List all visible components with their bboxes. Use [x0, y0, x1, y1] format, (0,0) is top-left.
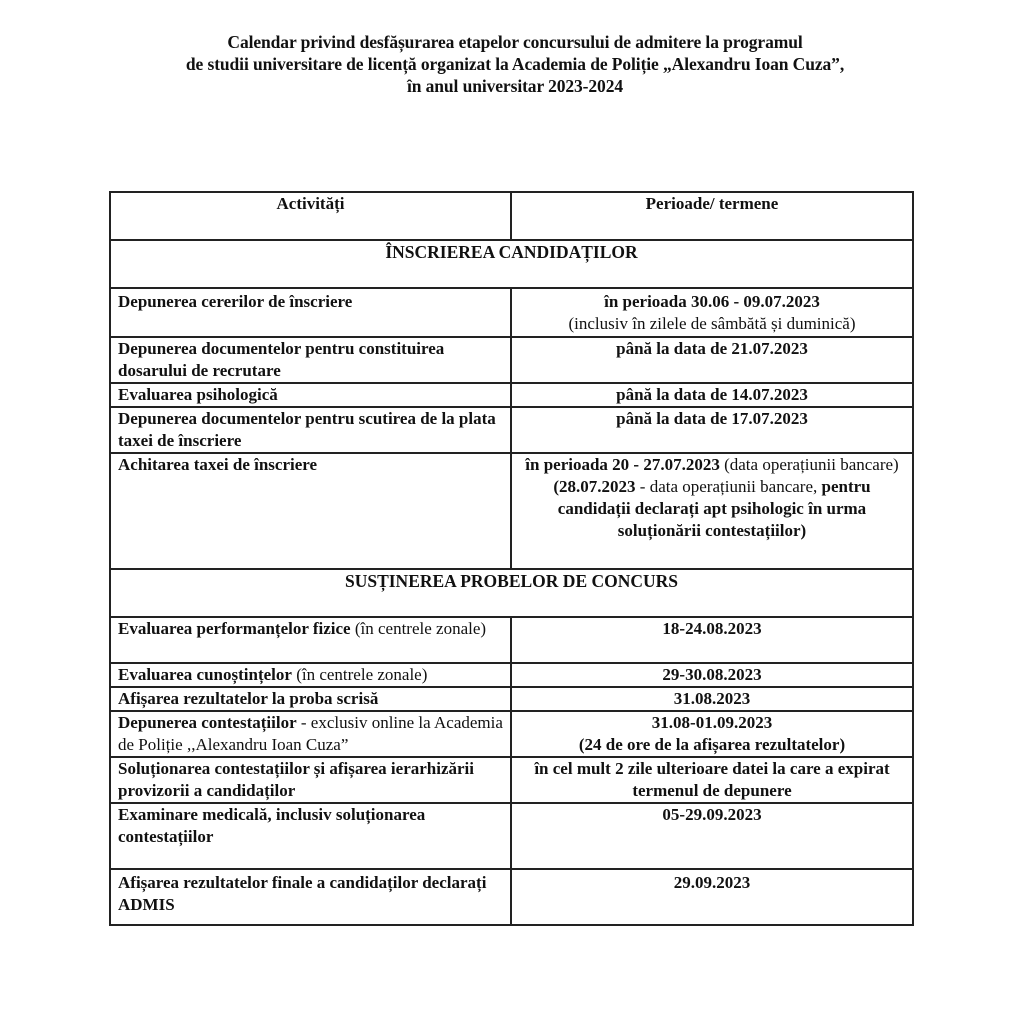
period-text: în perioada 30.06 - 09.07.2023	[519, 291, 905, 313]
period-cell: până la data de 17.07.2023	[511, 407, 913, 453]
table-row: Evaluarea performanțelor fizice (în cent…	[110, 617, 913, 663]
period-cell: 29-30.08.2023	[511, 663, 913, 687]
activity-cell: Depunerea documentelor pentru scutirea d…	[110, 407, 511, 453]
table-row: Evaluarea psihologică până la data de 14…	[110, 383, 913, 407]
period-text: 18-24.08.2023	[662, 619, 761, 638]
activity-cell: Evaluarea psihologică	[110, 383, 511, 407]
section-header-row: SUSȚINEREA PROBELOR DE CONCURS	[110, 569, 913, 617]
activity-text: Achitarea taxei de înscriere	[118, 455, 317, 474]
period-exception: (28.07.2023 - data operațiunii bancare, …	[519, 476, 905, 542]
activity-cell: Depunerea contestațiilor - exclusiv onli…	[110, 711, 511, 757]
table-row: Evaluarea cunoștințelor (în centrele zon…	[110, 663, 913, 687]
document-title: Calendar privind desfășurarea etapelor c…	[100, 31, 930, 97]
activity-note: (în centrele zonale)	[292, 665, 427, 684]
table-row: Afișarea rezultatelor la proba scrisă 31…	[110, 687, 913, 711]
activity-cell: Examinare medicală, inclusiv soluționare…	[110, 803, 511, 869]
activity-text: Evaluarea cunoștințelor	[118, 665, 292, 684]
activity-cell: Achitarea taxei de înscriere	[110, 453, 511, 569]
activity-text: Evaluarea performanțelor fizice	[118, 619, 351, 638]
section-title-inscriere: ÎNSCRIEREA CANDIDAȚILOR	[110, 240, 913, 288]
table-row: Depunerea documentelor pentru scutirea d…	[110, 407, 913, 453]
activity-text: Afișarea rezultatelor la proba scrisă	[118, 689, 378, 708]
period-text: 31.08.2023	[674, 689, 751, 708]
period-cell: în perioada 30.06 - 09.07.2023 (inclusiv…	[511, 288, 913, 337]
admission-calendar-table: Activități Perioade/ termene ÎNSCRIEREA …	[109, 191, 914, 926]
activity-text: Depunerea cererilor de înscriere	[118, 292, 352, 311]
title-line-3: în anul universitar 2023-2024	[100, 75, 930, 97]
table-header-row: Activități Perioade/ termene	[110, 192, 913, 240]
activity-text: Examinare medicală, inclusiv soluționare…	[118, 805, 425, 846]
activity-cell: Afișarea rezultatelor la proba scrisă	[110, 687, 511, 711]
period-text: până la data de 17.07.2023	[616, 409, 808, 428]
activity-text: Soluționarea contestațiilor și afișarea …	[118, 759, 474, 800]
section-title-probe: SUSȚINEREA PROBELOR DE CONCURS	[110, 569, 913, 617]
table-row: Afișarea rezultatelor finale a candidați…	[110, 869, 913, 925]
table-row: Achitarea taxei de înscriere în perioada…	[110, 453, 913, 569]
table-row: Examinare medicală, inclusiv soluționare…	[110, 803, 913, 869]
period-text: până la data de 21.07.2023	[616, 339, 808, 358]
period-text: până la data de 14.07.2023	[616, 385, 808, 404]
period-note: (24 de ore de la afișarea rezultatelor)	[519, 734, 905, 756]
period-cell: 31.08-01.09.2023 (24 de ore de la afișar…	[511, 711, 913, 757]
period-cell: până la data de 14.07.2023	[511, 383, 913, 407]
activity-cell: Evaluarea performanțelor fizice (în cent…	[110, 617, 511, 663]
activity-cell: Depunerea cererilor de înscriere	[110, 288, 511, 337]
period-text: 31.08-01.09.2023	[519, 712, 905, 734]
period-main: în perioada 20 - 27.07.2023 (data operaț…	[519, 454, 905, 476]
title-line-2: de studii universitare de licență organi…	[100, 53, 930, 75]
header-periods: Perioade/ termene	[511, 192, 913, 240]
activity-cell: Afișarea rezultatelor finale a candidați…	[110, 869, 511, 925]
period-cell: până la data de 21.07.2023	[511, 337, 913, 383]
activity-text: Afișarea rezultatelor finale a candidați…	[118, 873, 486, 914]
period-cell: în cel mult 2 zile ulterioare datei la c…	[511, 757, 913, 803]
period-note: (data operațiunii bancare)	[720, 455, 899, 474]
period-cell: 18-24.08.2023	[511, 617, 913, 663]
activity-cell: Evaluarea cunoștințelor (în centrele zon…	[110, 663, 511, 687]
period-note: - data operațiunii bancare,	[636, 477, 822, 496]
activity-text: Depunerea documentelor pentru constituir…	[118, 339, 444, 380]
activity-text: Depunerea contestațiilor	[118, 713, 297, 732]
activity-text: Depunerea documentelor pentru scutirea d…	[118, 409, 496, 450]
table-row: Soluționarea contestațiilor și afișarea …	[110, 757, 913, 803]
section-header-row: ÎNSCRIEREA CANDIDAȚILOR	[110, 240, 913, 288]
period-text: 05-29.09.2023	[662, 805, 761, 824]
table-row: Depunerea cererilor de înscriere în peri…	[110, 288, 913, 337]
title-line-1: Calendar privind desfășurarea etapelor c…	[100, 31, 930, 53]
period-cell: în perioada 20 - 27.07.2023 (data operaț…	[511, 453, 913, 569]
table-row: Depunerea contestațiilor - exclusiv onli…	[110, 711, 913, 757]
header-activities: Activități	[110, 192, 511, 240]
period-text: (28.07.2023	[553, 477, 635, 496]
activity-cell: Soluționarea contestațiilor și afișarea …	[110, 757, 511, 803]
period-note: (inclusiv în zilele de sâmbătă și dumini…	[519, 313, 905, 335]
activity-cell: Depunerea documentelor pentru constituir…	[110, 337, 511, 383]
period-cell: 31.08.2023	[511, 687, 913, 711]
period-cell: 29.09.2023	[511, 869, 913, 925]
period-cell: 05-29.09.2023	[511, 803, 913, 869]
activity-note: (în centrele zonale)	[351, 619, 486, 638]
period-text: 29-30.08.2023	[662, 665, 761, 684]
period-text: 29.09.2023	[674, 873, 751, 892]
period-text: în perioada 20 - 27.07.2023	[525, 455, 720, 474]
activity-text: Evaluarea psihologică	[118, 385, 278, 404]
table-row: Depunerea documentelor pentru constituir…	[110, 337, 913, 383]
period-text: în cel mult 2 zile ulterioare datei la c…	[534, 759, 889, 800]
